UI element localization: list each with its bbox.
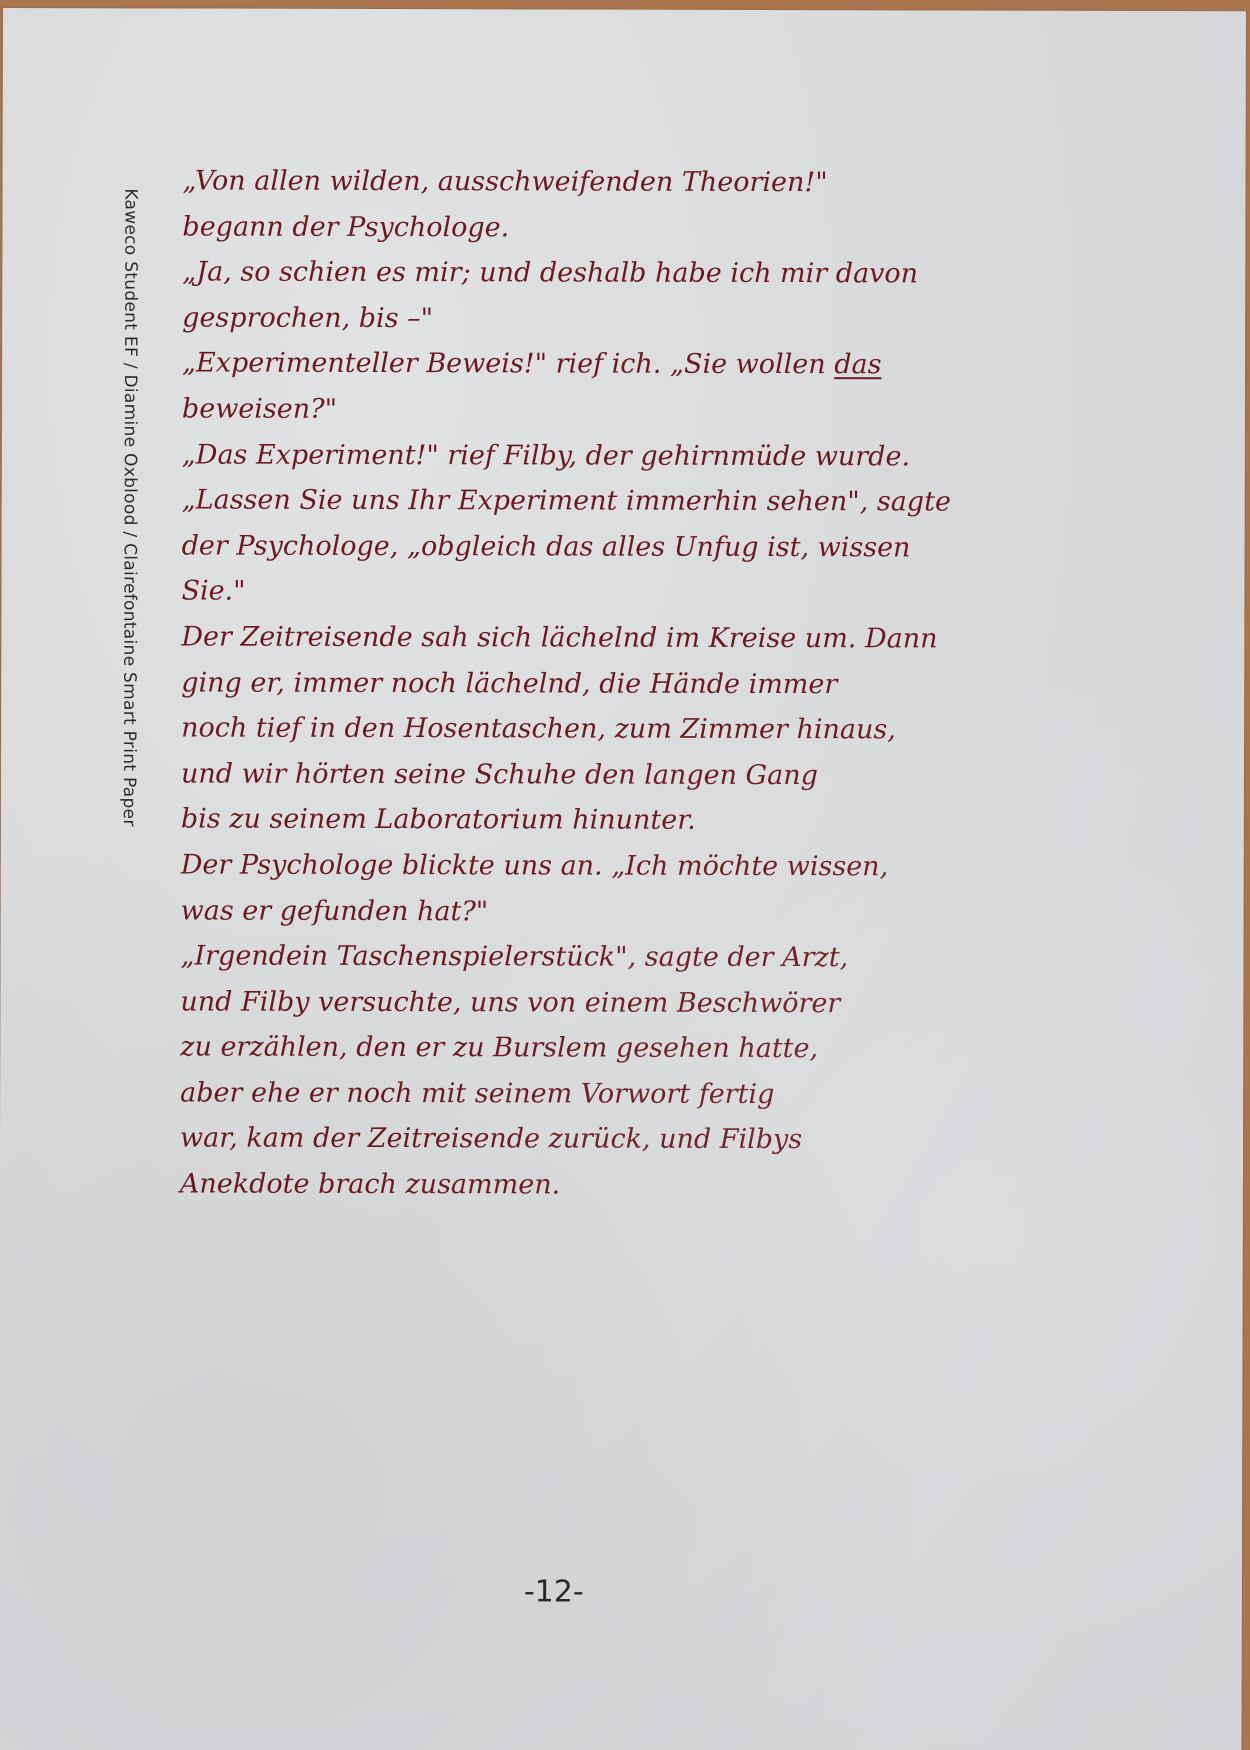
page-number: -12-: [524, 1574, 584, 1609]
handwritten-body-text: „Von allen wilden, ausschweifenden Theor…: [180, 158, 1083, 1209]
text-line: „Von allen wilden, ausschweifenden Theor…: [182, 158, 1082, 206]
text-line: „Irgendein Taschenspielerstück", sagte d…: [180, 934, 1080, 982]
text-line: was er gefunden hat?": [181, 888, 1081, 936]
text-line: gesprochen, bis –": [182, 295, 1082, 343]
text-line: bis zu seinem Laboratorium hinunter.: [181, 797, 1081, 845]
underlined-word: das: [834, 350, 881, 381]
text-line: begann der Psychologe.: [182, 204, 1082, 252]
text-line: der Psychologe, „obgleich das alles Unfu…: [182, 523, 1082, 571]
text-line: war, kam der Zeitreisende zurück, und Fi…: [180, 1116, 1080, 1164]
text-line: Sie.": [181, 569, 1081, 617]
text-line: zu erzählen, den er zu Burslem gesehen h…: [180, 1025, 1080, 1073]
text-line: „Experimenteller Beweis!" rief ich. „Sie…: [182, 341, 1082, 389]
text-line: und Filby versuchte, uns von einem Besch…: [180, 979, 1080, 1027]
text-line: „Lassen Sie uns Ihr Experiment immerhin …: [182, 478, 1082, 526]
text-line: ging er, immer noch lächelnd, die Hände …: [181, 660, 1081, 708]
paper-sheet: Kaweco Student EF / Diamine Oxblood / Cl…: [0, 8, 1246, 1750]
text-line: „Das Experiment!" rief Filby, der gehirn…: [182, 432, 1082, 480]
text-line: beweisen?": [182, 386, 1082, 434]
margin-note-pen-ink-paper: Kaweco Student EF / Diamine Oxblood / Cl…: [119, 188, 141, 826]
text-line: und wir hörten seine Schuhe den langen G…: [181, 751, 1081, 799]
text-line: Der Psychologe blickte uns an. „Ich möch…: [181, 842, 1081, 890]
text-line: „Ja, so schien es mir; und deshalb habe …: [182, 250, 1082, 298]
text-line: Der Zeitreisende sah sich lächelnd im Kr…: [181, 614, 1081, 662]
text-line: noch tief in den Hosentaschen, zum Zimme…: [181, 706, 1081, 754]
text-line-part: „Experimenteller Beweis!" rief ich. „Sie…: [182, 348, 826, 381]
text-line: aber ehe er noch mit seinem Vorwort fert…: [180, 1070, 1080, 1118]
text-line: Anekdote brach zusammen.: [180, 1162, 1080, 1210]
